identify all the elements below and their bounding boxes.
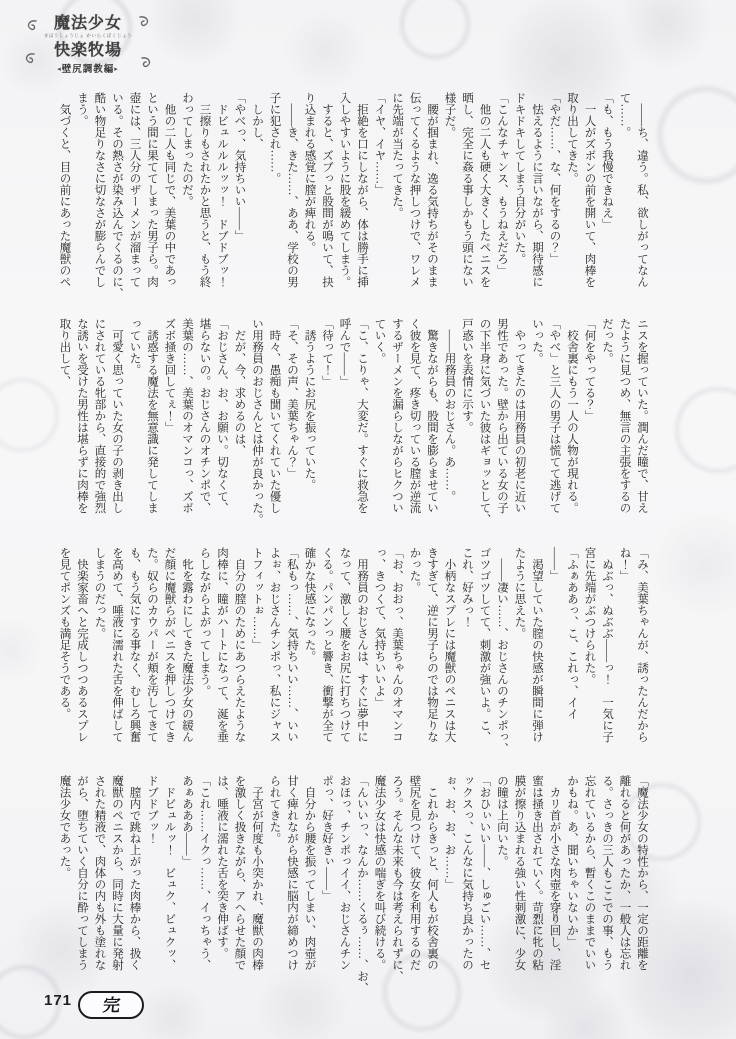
text-block-2: ニスを握っていた。潤んだ瞳で、甘え たように見つめ、無言の主張をするの だった。… xyxy=(50,318,650,546)
text-block-1: ――ち、違う。私、欲しがってなん て……。 「も、もう我慢できねえ」 一人がズボ… xyxy=(50,92,650,320)
text-block-4: 「魔法少女の特性から、一定の距離を 離れると何があったか、一般人は忘れ る。さっ… xyxy=(50,775,650,1003)
subtitle-right-ornament-icon: ▸ xyxy=(114,66,119,73)
logo-title-line2: 快楽牧場 xyxy=(40,41,136,60)
furigana-karetsu: かれつ xyxy=(533,913,539,931)
flourish-top-right-icon xyxy=(138,14,152,28)
logo-title-reading: まほうしょうじょ かいらくぼくじょう xyxy=(40,33,136,39)
end-badge: 完 xyxy=(78,991,144,1019)
flourish-mid-left-icon xyxy=(22,50,36,64)
flourish-mid-right-icon xyxy=(140,54,154,68)
book-page: 魔法少女 まほうしょうじょ かいらくぼくじょう 快楽牧場 ◂壁尻調教編▸ ――ち… xyxy=(0,0,736,1039)
text-block-3: 「み、美葉ちゃんが、誘ったんだから ね！」 ぬぶっ、ぬぶぶ――っ！ 一気に子 宮… xyxy=(50,547,650,775)
end-badge-text: 完 xyxy=(101,997,120,1014)
page-number: 171 xyxy=(44,992,72,1009)
series-logo: 魔法少女 まほうしょうじょ かいらくぼくじょう 快楽牧場 ◂壁尻調教編▸ xyxy=(40,14,136,75)
furigana-hojiri: ほじ xyxy=(551,910,557,922)
logo-title-line1: 魔法少女 xyxy=(40,14,136,33)
flourish-top-left-icon xyxy=(24,18,38,32)
logo-subtitle-badge: ◂壁尻調教編▸ xyxy=(40,64,136,75)
logo-subtitle-text: 壁尻調教編 xyxy=(62,64,115,75)
